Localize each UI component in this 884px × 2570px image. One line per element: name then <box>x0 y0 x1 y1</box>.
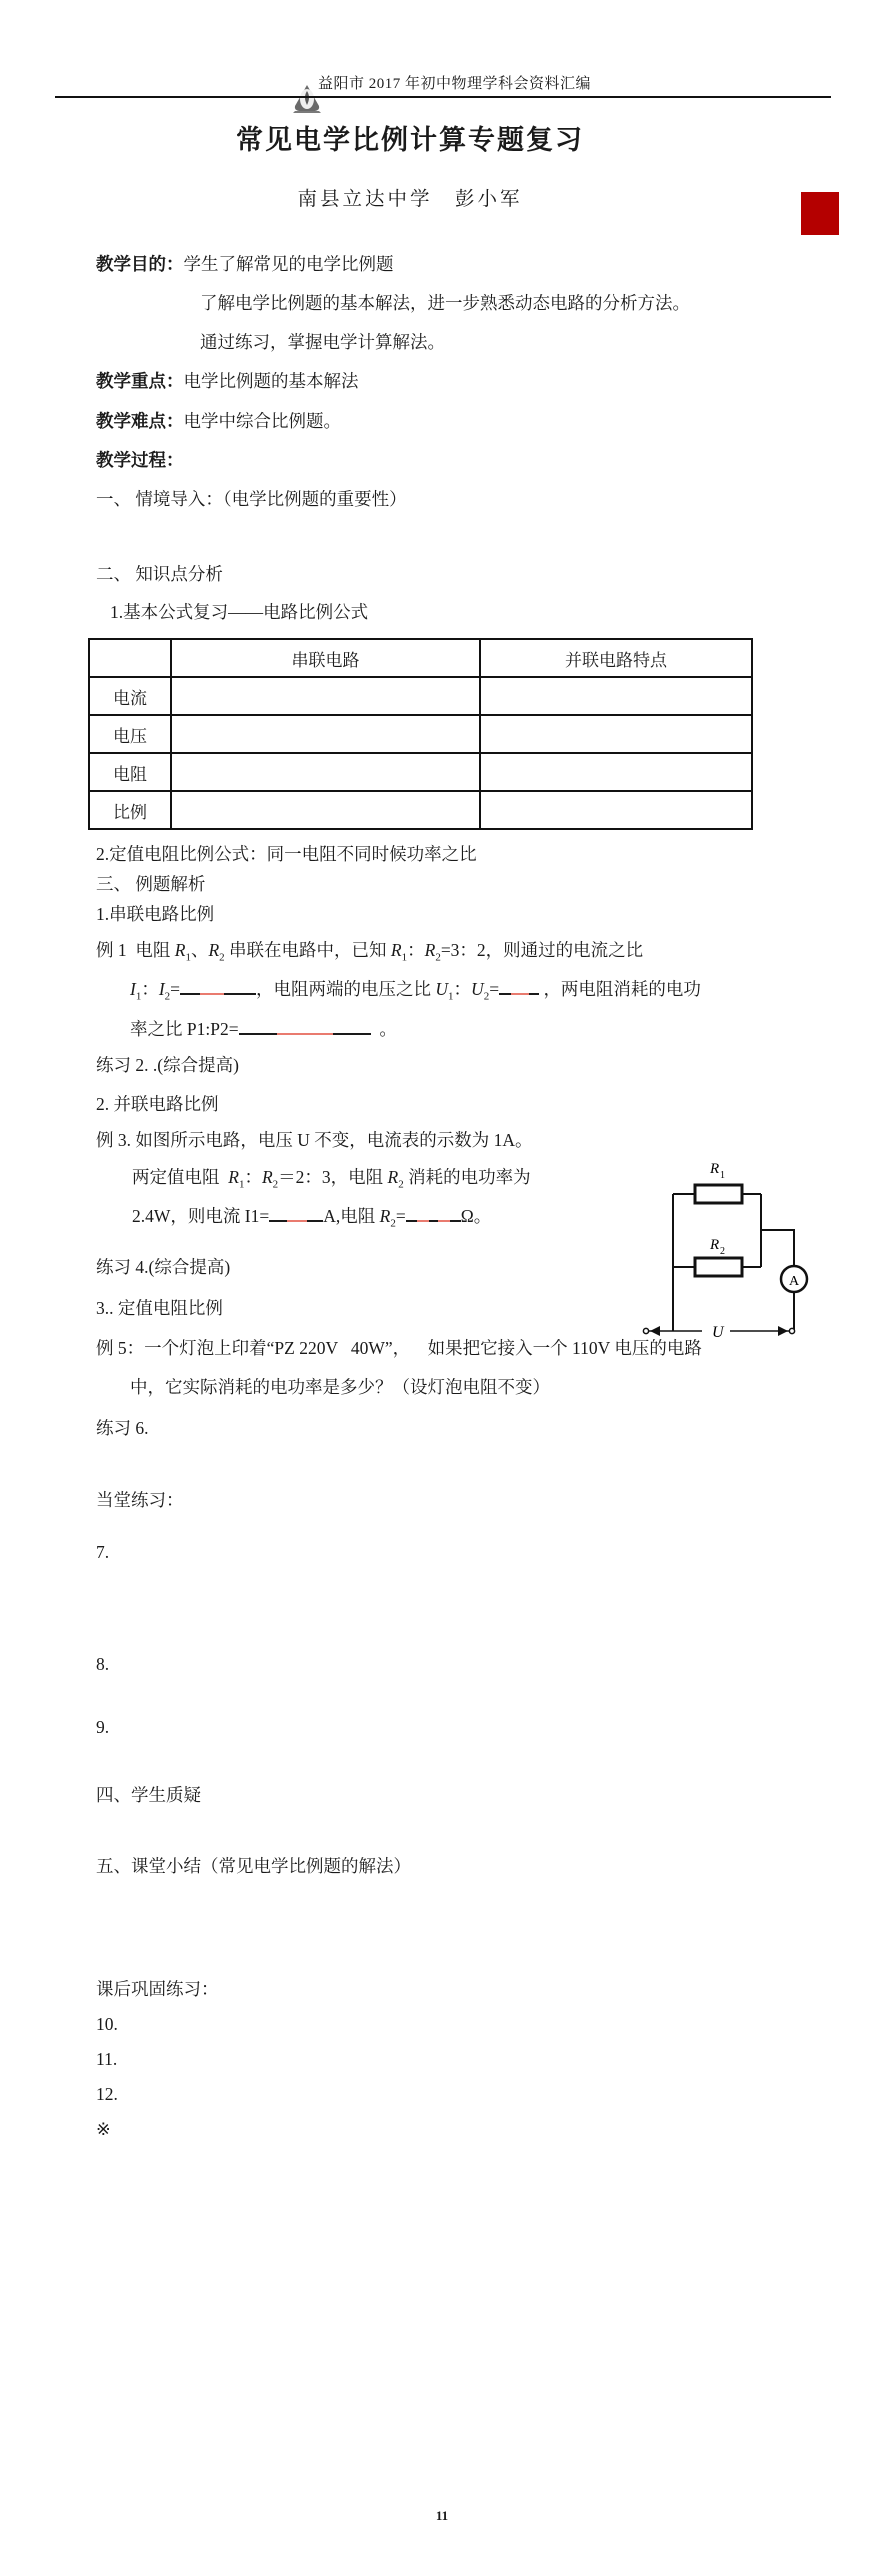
resistor-r1-label: R <box>709 1161 719 1177</box>
resistor-r1 <box>695 1185 742 1203</box>
resistor-r2 <box>695 1258 742 1276</box>
answer-blank <box>180 977 256 1001</box>
table-cell <box>171 715 480 753</box>
example-5-line-1: 例 5：一个灯泡上印着“PZ 220V 40W”， 如果把它接入一个 110V … <box>96 1336 702 1360</box>
example-3-line-1: 例 3. 如图所示电路，电压 U 不变，电流表的示数为 1A。 <box>96 1128 533 1152</box>
page-subtitle: 南县立达中学 彭小军 <box>60 183 760 211</box>
example-3-line-3: 2.4W，则电流 I1=A,电阻 R2=Ω。 <box>132 1204 491 1228</box>
item-7: 7. <box>96 1540 109 1564</box>
practice-4: 练习 4.(综合提高) <box>96 1255 230 1279</box>
answer-blank <box>499 977 539 1001</box>
difficulty-line: 教学难点：电学中综合比例题。 <box>96 409 341 433</box>
section-5: 五、课堂小结（常见电学比例题的解法） <box>96 1854 411 1878</box>
item-8: 8. <box>96 1652 109 1676</box>
table-cell <box>480 715 752 753</box>
resistor-r2-sub: 2 <box>720 1246 725 1257</box>
formula-table: 串联电路 并联电路特点 电流电压电阻比例 <box>88 638 753 830</box>
example-1-line-3: 率之比 P1:P2= 。 <box>130 1017 397 1041</box>
section-4: 四、学生质疑 <box>96 1783 201 1807</box>
section-2-item-1: 1.基本公式复习——电路比例公式 <box>110 600 368 624</box>
section-3-sub-3: 3.. 定值电阻比例 <box>96 1296 223 1320</box>
table-row-label: 电压 <box>89 715 171 753</box>
table-cell <box>480 791 752 829</box>
answer-blank <box>269 1204 323 1228</box>
practice-6: 练习 6. <box>96 1416 149 1440</box>
key-point-text: 电学比例题的基本解法 <box>184 371 359 391</box>
table-row-label: 电阻 <box>89 753 171 791</box>
classwork-label: 当堂练习： <box>96 1488 184 1512</box>
table-row: 比例 <box>89 791 752 829</box>
item-11: 11. <box>96 2047 117 2071</box>
table-cell <box>171 677 480 715</box>
table-row: 电流 <box>89 677 752 715</box>
table-header-row: 串联电路 并联电路特点 <box>89 639 752 677</box>
answer-blank <box>406 1204 461 1228</box>
key-point-label: 教学重点： <box>96 371 184 391</box>
objective-label: 教学目的： <box>96 254 184 274</box>
section-3-sub-1: 1.串联电路比例 <box>96 902 214 926</box>
example-3-line-2: 两定值电阻 R1：R2＝2：3，电阻 R2 消耗的电功率为 <box>132 1165 531 1189</box>
reference-mark: ※ <box>96 2117 111 2141</box>
table-header-empty <box>89 639 171 677</box>
red-highlight-block <box>801 192 839 235</box>
table-row: 电压 <box>89 715 752 753</box>
table-header-series: 串联电路 <box>171 639 480 677</box>
example-1-line-1: 例 1 电阻 R1、R2 串联在电路中，已知 R1：R2=3：2，则通过的电流之… <box>96 938 643 962</box>
section-2: 二、 知识点分析 <box>96 562 223 586</box>
table-cell <box>480 677 752 715</box>
resistor-r1-sub: 1 <box>720 1170 725 1181</box>
table-row-label: 电流 <box>89 677 171 715</box>
table-cell <box>171 791 480 829</box>
after-table-note: 2.定值电阻比例公式：同一电阻不同时候功率之比 <box>96 842 477 866</box>
practice-2: 练习 2. .(综合提高) <box>96 1053 239 1077</box>
page-number: 11 <box>0 2508 884 2524</box>
table-cell <box>480 753 752 791</box>
header-rule <box>55 96 831 98</box>
document-page: 益阳市 2017 年初中物理学科会资料汇编 常见电学比例计算专题复习 南县立达中… <box>0 0 884 2570</box>
objective-2: 了解电学比例题的基本解法，进一步熟悉动态电路的分析方法。 <box>200 291 690 315</box>
process-label-line: 教学过程： <box>96 448 184 472</box>
table-header-parallel: 并联电路特点 <box>480 639 752 677</box>
objective-1: 学生了解常见的电学比例题 <box>184 254 394 274</box>
homework-label: 课后巩固练习： <box>96 1977 219 2001</box>
table-row: 电阻 <box>89 753 752 791</box>
key-point-line: 教学重点：电学比例题的基本解法 <box>96 369 359 393</box>
difficulty-text: 电学中综合比例题。 <box>184 411 342 431</box>
table-row-label: 比例 <box>89 791 171 829</box>
resistor-r2-label: R <box>709 1237 719 1253</box>
answer-blank <box>239 1017 371 1041</box>
example-1-line-2: I1：I2=，电阻两端的电压之比 U1：U2= ，两电阻消耗的电功 <box>130 977 701 1001</box>
page-title: 常见电学比例计算专题复习 <box>60 118 760 157</box>
objective-line: 教学目的：学生了解常见的电学比例题 <box>96 252 394 276</box>
voltage-label: U <box>712 1324 725 1341</box>
item-10: 10. <box>96 2012 118 2036</box>
section-3-sub-2: 2. 并联电路比例 <box>96 1092 219 1116</box>
objective-3: 通过练习，掌握电学计算解法。 <box>200 330 445 354</box>
ammeter-label: A <box>789 1274 800 1289</box>
section-1: 一、 情境导入：（电学比例题的重要性） <box>96 487 407 511</box>
difficulty-label: 教学难点： <box>96 411 184 431</box>
item-9: 9. <box>96 1715 109 1739</box>
header-text: 益阳市 2017 年初中物理学科会资料汇编 <box>318 72 591 93</box>
example-5-line-2: 中，它实际消耗的电功率是多少？（设灯泡电阻不变） <box>130 1375 550 1399</box>
section-3: 三、 例题解析 <box>96 872 205 896</box>
item-12: 12. <box>96 2082 118 2106</box>
table-cell <box>171 753 480 791</box>
